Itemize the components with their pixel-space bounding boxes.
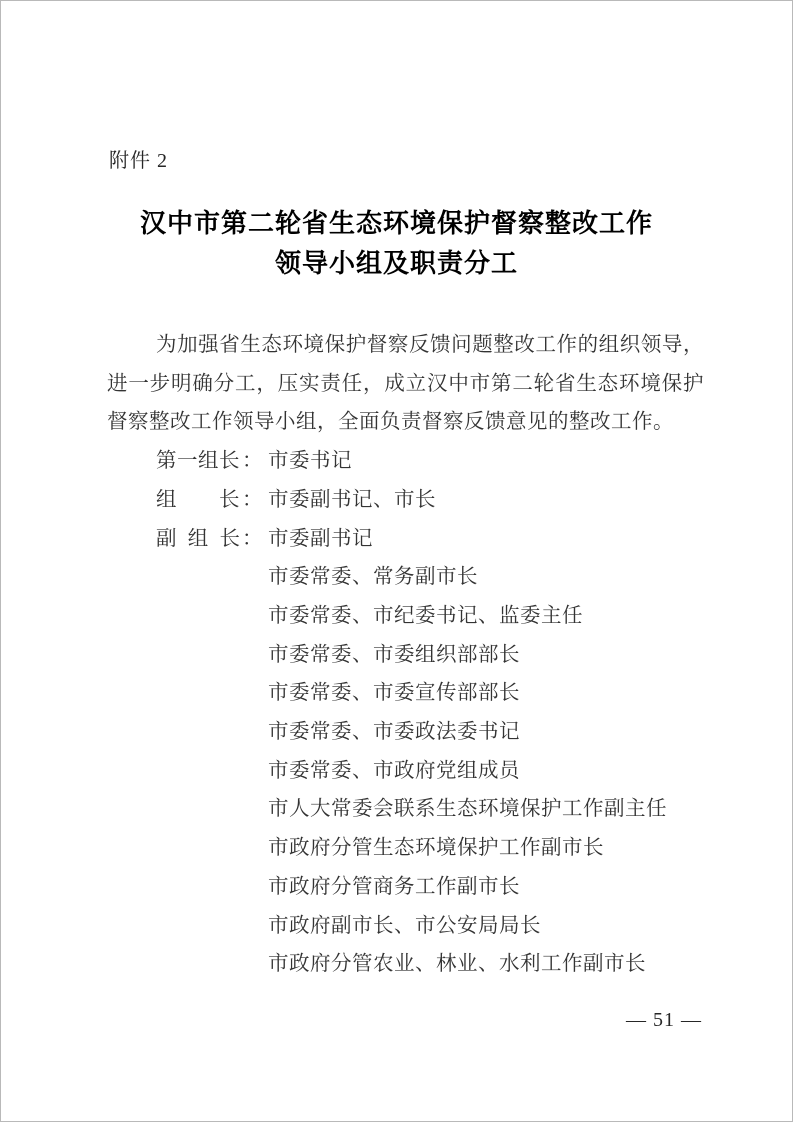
role-colon: ： <box>242 520 268 559</box>
deputy-member-line: 市政府分管农业、林业、水利工作副市长 <box>107 945 704 984</box>
attachment-label: 附件 2 <box>109 144 168 173</box>
deputy-member-line: 市委常委、市委组织部部长 <box>107 636 704 675</box>
role-content-leader: 市委副书记、市长 <box>268 481 704 520</box>
role-line-first-leader: 第一组长 ： 市委书记 <box>107 442 704 481</box>
role-label-deputy-leader: 副 组 长 <box>156 520 242 559</box>
document-title-line-1: 汉中市第二轮省生态环境保护督察整改工作 <box>1 204 792 244</box>
document-page: 附件 2 汉中市第二轮省生态环境保护督察整改工作 领导小组及职责分工 为加强省生… <box>0 0 793 1122</box>
role-label-first-leader: 第一组长 <box>156 442 242 481</box>
document-title-line-2: 领导小组及职责分工 <box>1 244 792 284</box>
role-line-deputy-leader: 副 组 长 ： 市委副书记 <box>107 520 704 559</box>
document-body: 为加强省生态环境保护督察反馈问题整改工作的组织领导，进一步明确分工，压实责任，成… <box>107 326 704 984</box>
deputy-member-line: 市委常委、市纪委书记、监委主任 <box>107 597 704 636</box>
document-title: 汉中市第二轮省生态环境保护督察整改工作 领导小组及职责分工 <box>1 204 792 284</box>
deputy-member-line: 市委常委、市委宣传部部长 <box>107 674 704 713</box>
deputy-member-line: 市委常委、市委政法委书记 <box>107 713 704 752</box>
intro-paragraph: 为加强省生态环境保护督察反馈问题整改工作的组织领导，进一步明确分工，压实责任，成… <box>107 326 704 442</box>
role-label-leader: 组 长 <box>156 481 242 520</box>
deputy-member-line: 市政府分管商务工作副市长 <box>107 868 704 907</box>
deputy-member-line: 市人大常委会联系生态环境保护工作副主任 <box>107 790 704 829</box>
role-content-deputy-leader: 市委副书记 <box>268 520 704 559</box>
role-colon: ： <box>242 442 268 481</box>
deputy-member-line: 市委常委、常务副市长 <box>107 558 704 597</box>
role-line-leader: 组 长 ： 市委副书记、市长 <box>107 481 704 520</box>
deputy-member-line: 市委常委、市政府党组成员 <box>107 752 704 791</box>
role-colon: ： <box>242 481 268 520</box>
deputy-member-line: 市政府分管生态环境保护工作副市长 <box>107 829 704 868</box>
page-number: — 51 — <box>626 1009 702 1032</box>
deputy-member-line: 市政府副市长、市公安局局长 <box>107 907 704 946</box>
role-content-first-leader: 市委书记 <box>268 442 704 481</box>
